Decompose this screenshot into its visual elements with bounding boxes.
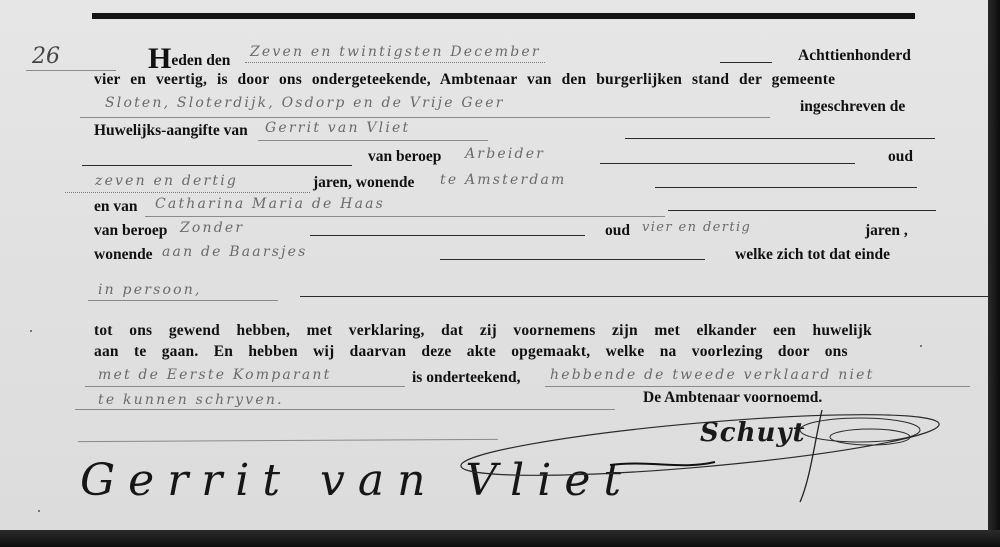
official-signature: Schuyt (700, 418, 806, 448)
paper-speck (30, 330, 32, 332)
official-signature-flourish (0, 0, 990, 530)
paper-speck (38, 510, 40, 512)
document-page: 26 Heden den Zeven en twintigsten Decemb… (0, 0, 990, 530)
paper-speck (920, 345, 922, 347)
scan-right-edge (988, 0, 1000, 547)
scan-bottom-edge (0, 530, 1000, 547)
